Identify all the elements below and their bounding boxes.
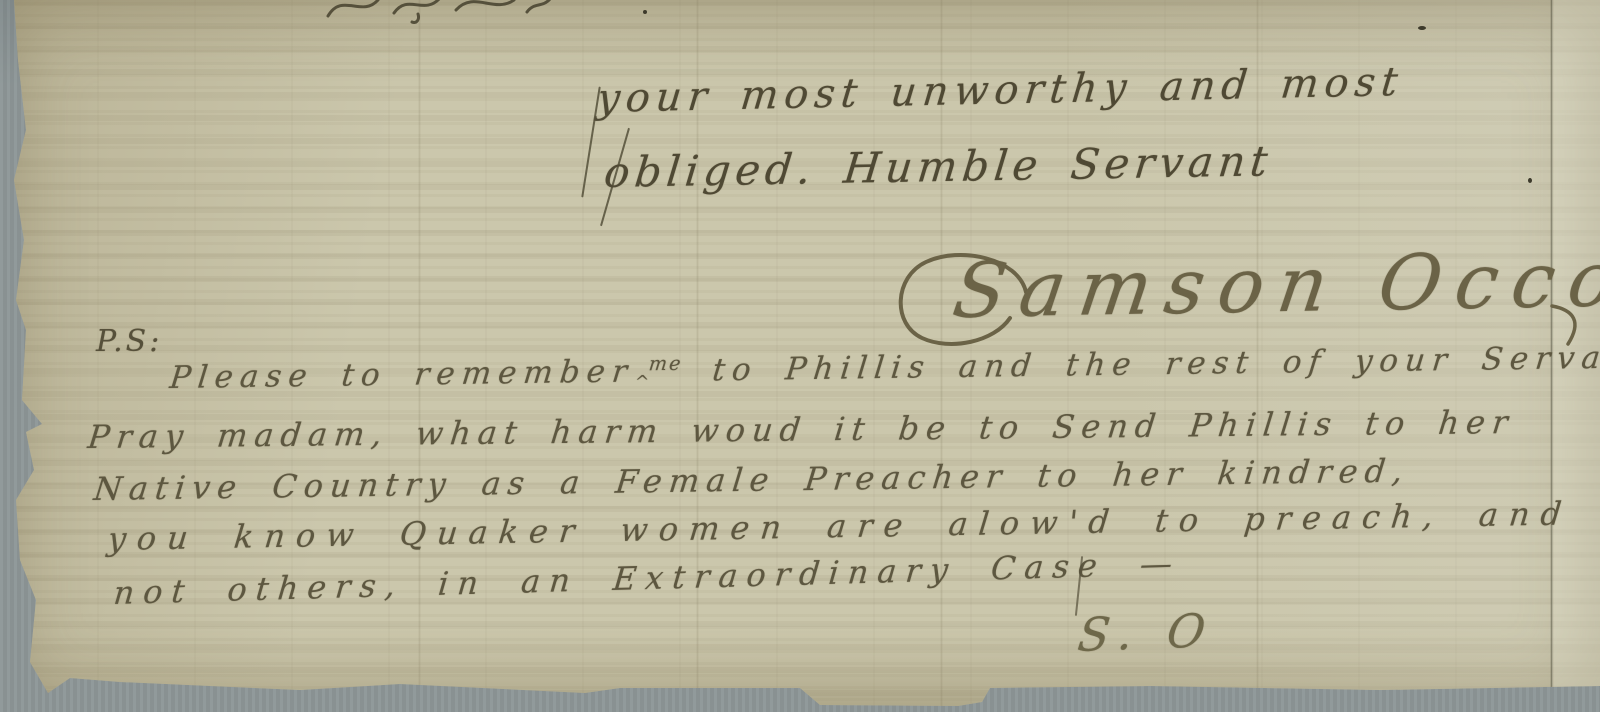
signature: Samson Occom <box>948 232 1600 335</box>
ink-speck <box>1418 26 1426 30</box>
ink-speck <box>1528 178 1532 183</box>
ink-speck <box>643 10 647 14</box>
scan-backdrop: your most unworthy and most obliged. Hum… <box>0 0 1600 712</box>
postscript-line-1: Please to remember^me to Phillis and the… <box>168 339 1600 396</box>
letter-paper: your most unworthy and most obliged. Hum… <box>0 0 1600 712</box>
postscript-line-1-text: to Phillis and the rest of your Servants <box>711 339 1600 389</box>
closing-line-1: your most unworthy and most <box>595 59 1406 122</box>
inserted-word: me <box>648 352 684 376</box>
closing-line-2: obliged. Humble Servant <box>602 136 1275 197</box>
postscript-label: P.S: <box>96 324 162 359</box>
postscript-line-1-text: Please to remember <box>168 353 636 396</box>
postscript-line-3: Native Country as a Female Preacher to h… <box>92 452 1412 508</box>
postscript-line-2: Pray madam, what harm woud it be to Send… <box>86 403 1517 456</box>
cutoff-line-fragment <box>322 0 592 20</box>
pen-flourish-stroke <box>581 87 600 198</box>
postscript-initials: S. O <box>1075 603 1218 662</box>
